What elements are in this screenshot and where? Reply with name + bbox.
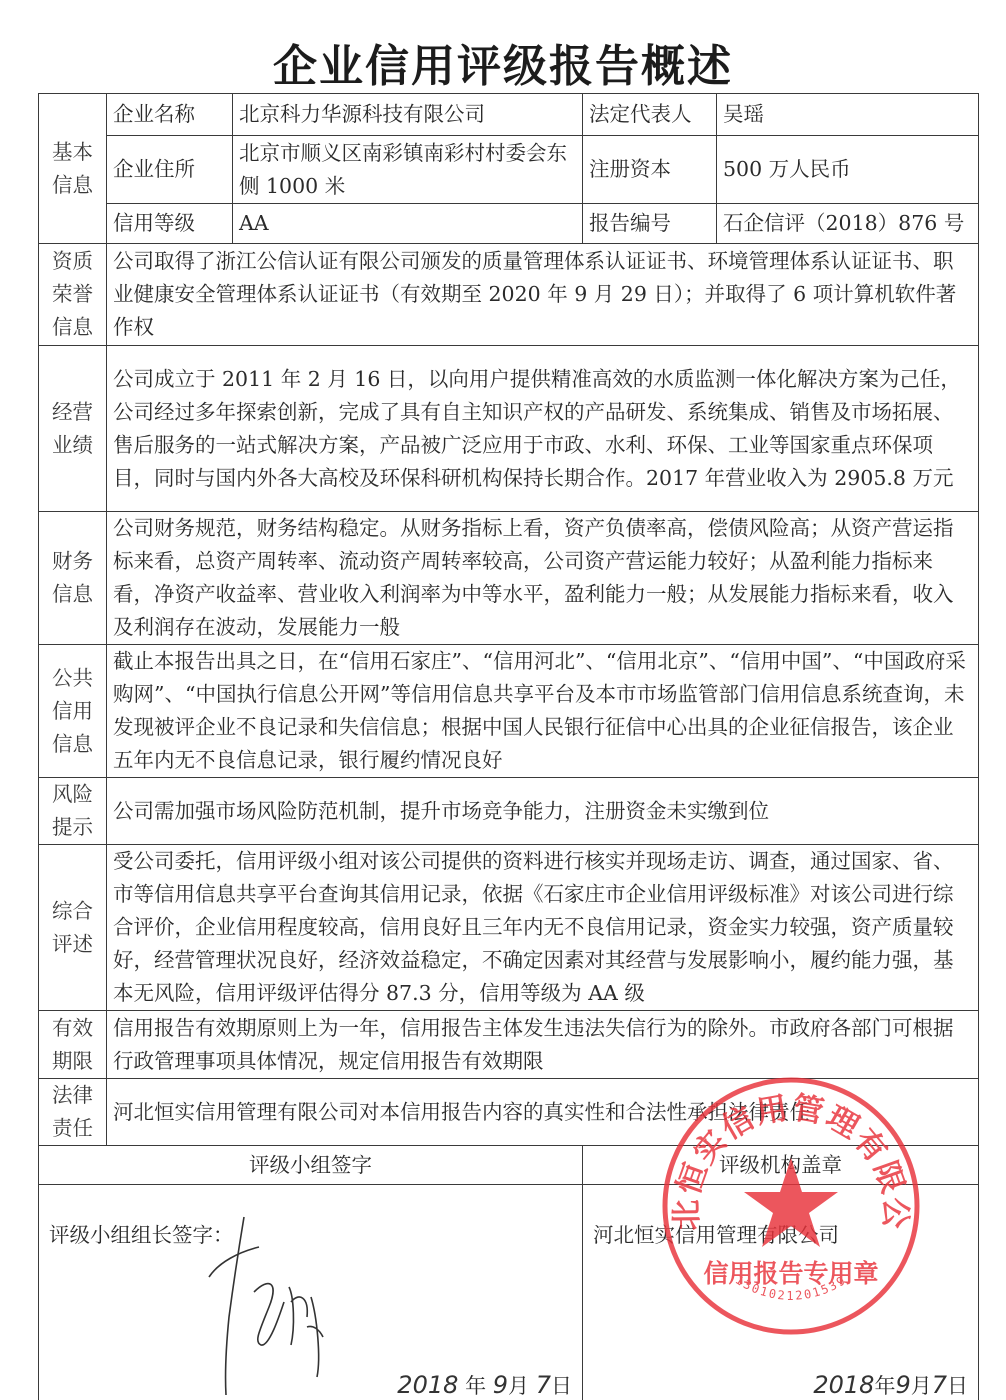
- label-company-name: 企业名称: [107, 94, 233, 136]
- section-text-performance: 公司成立于 2011 年 2 月 16 日，以向用户提供精准高效的水质监测一体化…: [107, 346, 979, 512]
- section-text-risk: 公司需加强市场风险防范机制，提升市场竞争能力，注册资金未实缴到位: [107, 778, 979, 845]
- row-legal: 法律责任 河北恒实信用管理有限公司对本信用报告内容的真实性和合法性承担法律责任: [39, 1079, 979, 1146]
- section-label-validity: 有效期限: [39, 1011, 107, 1079]
- value-report-number: 石企信评（2018）876 号: [717, 204, 979, 244]
- row-public-credit: 公共信用信息 截止本报告出具之日，在“信用石家庄”、“信用河北”、“信用北京”、…: [39, 645, 979, 778]
- team-signature-date: 2018 年 9月 7日: [397, 1369, 572, 1400]
- row-credit-level: 信用等级 AA 报告编号 石企信评（2018）876 号: [39, 204, 979, 244]
- row-financial: 财务信息 公司财务规范，财务结构稳定。从财务指标上看，资产负债率高，偿债风险高；…: [39, 512, 979, 645]
- section-text-legal: 河北恒实信用管理有限公司对本信用报告内容的真实性和合法性承担法律责任: [107, 1079, 979, 1146]
- handwritten-signature-icon: [199, 1207, 349, 1397]
- section-label-qualifications: 资质荣誉信息: [39, 244, 107, 346]
- label-legal-rep: 法定代表人: [583, 94, 717, 136]
- section-label-basic-info: 基本信息: [39, 94, 107, 244]
- section-text-financial: 公司财务规范，财务结构稳定。从财务指标上看，资产负债率高，偿债风险高；从资产营运…: [107, 512, 979, 645]
- section-label-summary: 综合评述: [39, 845, 107, 1011]
- value-company-address: 北京市顺义区南彩镇南彩村村委会东侧 1000 米: [233, 136, 583, 204]
- section-text-validity: 信用报告有效期原则上为一年，信用报告主体发生违法失信行为的除外。市政府各部门可根…: [107, 1011, 979, 1079]
- row-company-name: 基本信息 企业名称 北京科力华源科技有限公司 法定代表人 吴瑶: [39, 94, 979, 136]
- credit-report-table: 基本信息 企业名称 北京科力华源科技有限公司 法定代表人 吴瑶 企业住所 北京市…: [38, 93, 979, 1400]
- document-title: 企业信用评级报告概述: [0, 30, 1006, 94]
- value-registered-capital: 500 万人民币: [717, 136, 979, 204]
- team-signature-cell: 评级小组组长签字： 2018 年 9月 7日: [39, 1185, 583, 1400]
- section-label-performance: 经营业绩: [39, 346, 107, 512]
- agency-seal-cell: 河北恒实信用管理有限公司 河北恒实信用管理有限公司 信用报告专用章 130102…: [583, 1185, 979, 1400]
- row-performance: 经营业绩 公司成立于 2011 年 2 月 16 日，以向用户提供精准高效的水质…: [39, 346, 979, 512]
- agency-name: 河北恒实信用管理有限公司: [593, 1219, 839, 1252]
- svg-text:信用报告专用章: 信用报告专用章: [703, 1259, 878, 1288]
- header-team-signature: 评级小组签字: [39, 1146, 583, 1185]
- row-risk: 风险提示 公司需加强市场风险防范机制，提升市场竞争能力，注册资金未实缴到位: [39, 778, 979, 845]
- label-company-address: 企业住所: [107, 136, 233, 204]
- label-registered-capital: 注册资本: [583, 136, 717, 204]
- svg-text:1301021201539: 1301021201539: [733, 1273, 849, 1303]
- section-label-legal: 法律责任: [39, 1079, 107, 1146]
- header-agency-seal: 评级机构盖章: [583, 1146, 979, 1185]
- section-label-financial: 财务信息: [39, 512, 107, 645]
- row-summary: 综合评述 受公司委托，信用评级小组对该公司提供的资料进行核实并现场走访、调查，通…: [39, 845, 979, 1011]
- section-text-qualifications: 公司取得了浙江公信认证有限公司颁发的质量管理体系认证证书、环境管理体系认证证书、…: [107, 244, 979, 346]
- section-label-risk: 风险提示: [39, 778, 107, 845]
- section-label-public-credit: 公共信用信息: [39, 645, 107, 778]
- section-text-public-credit: 截止本报告出具之日，在“信用石家庄”、“信用河北”、“信用北京”、“信用中国”、…: [107, 645, 979, 778]
- section-text-summary: 受公司委托，信用评级小组对该公司提供的资料进行核实并现场走访、调查，通过国家、省…: [107, 845, 979, 1011]
- row-signatures: 评级小组组长签字： 2018 年 9月 7日 河北恒实信用管理有限公司: [39, 1185, 979, 1400]
- value-credit-level: AA: [233, 204, 583, 244]
- row-company-address: 企业住所 北京市顺义区南彩镇南彩村村委会东侧 1000 米 注册资本 500 万…: [39, 136, 979, 204]
- agency-seal-date: 2018年9月7日: [813, 1369, 968, 1400]
- value-legal-rep: 吴瑶: [717, 94, 979, 136]
- row-signature-headers: 评级小组签字 评级机构盖章: [39, 1146, 979, 1185]
- row-qualifications: 资质荣誉信息 公司取得了浙江公信认证有限公司颁发的质量管理体系认证证书、环境管理…: [39, 244, 979, 346]
- label-credit-level: 信用等级: [107, 204, 233, 244]
- value-company-name: 北京科力华源科技有限公司: [233, 94, 583, 136]
- row-validity: 有效期限 信用报告有效期原则上为一年，信用报告主体发生违法失信行为的除外。市政府…: [39, 1011, 979, 1079]
- label-report-number: 报告编号: [583, 204, 717, 244]
